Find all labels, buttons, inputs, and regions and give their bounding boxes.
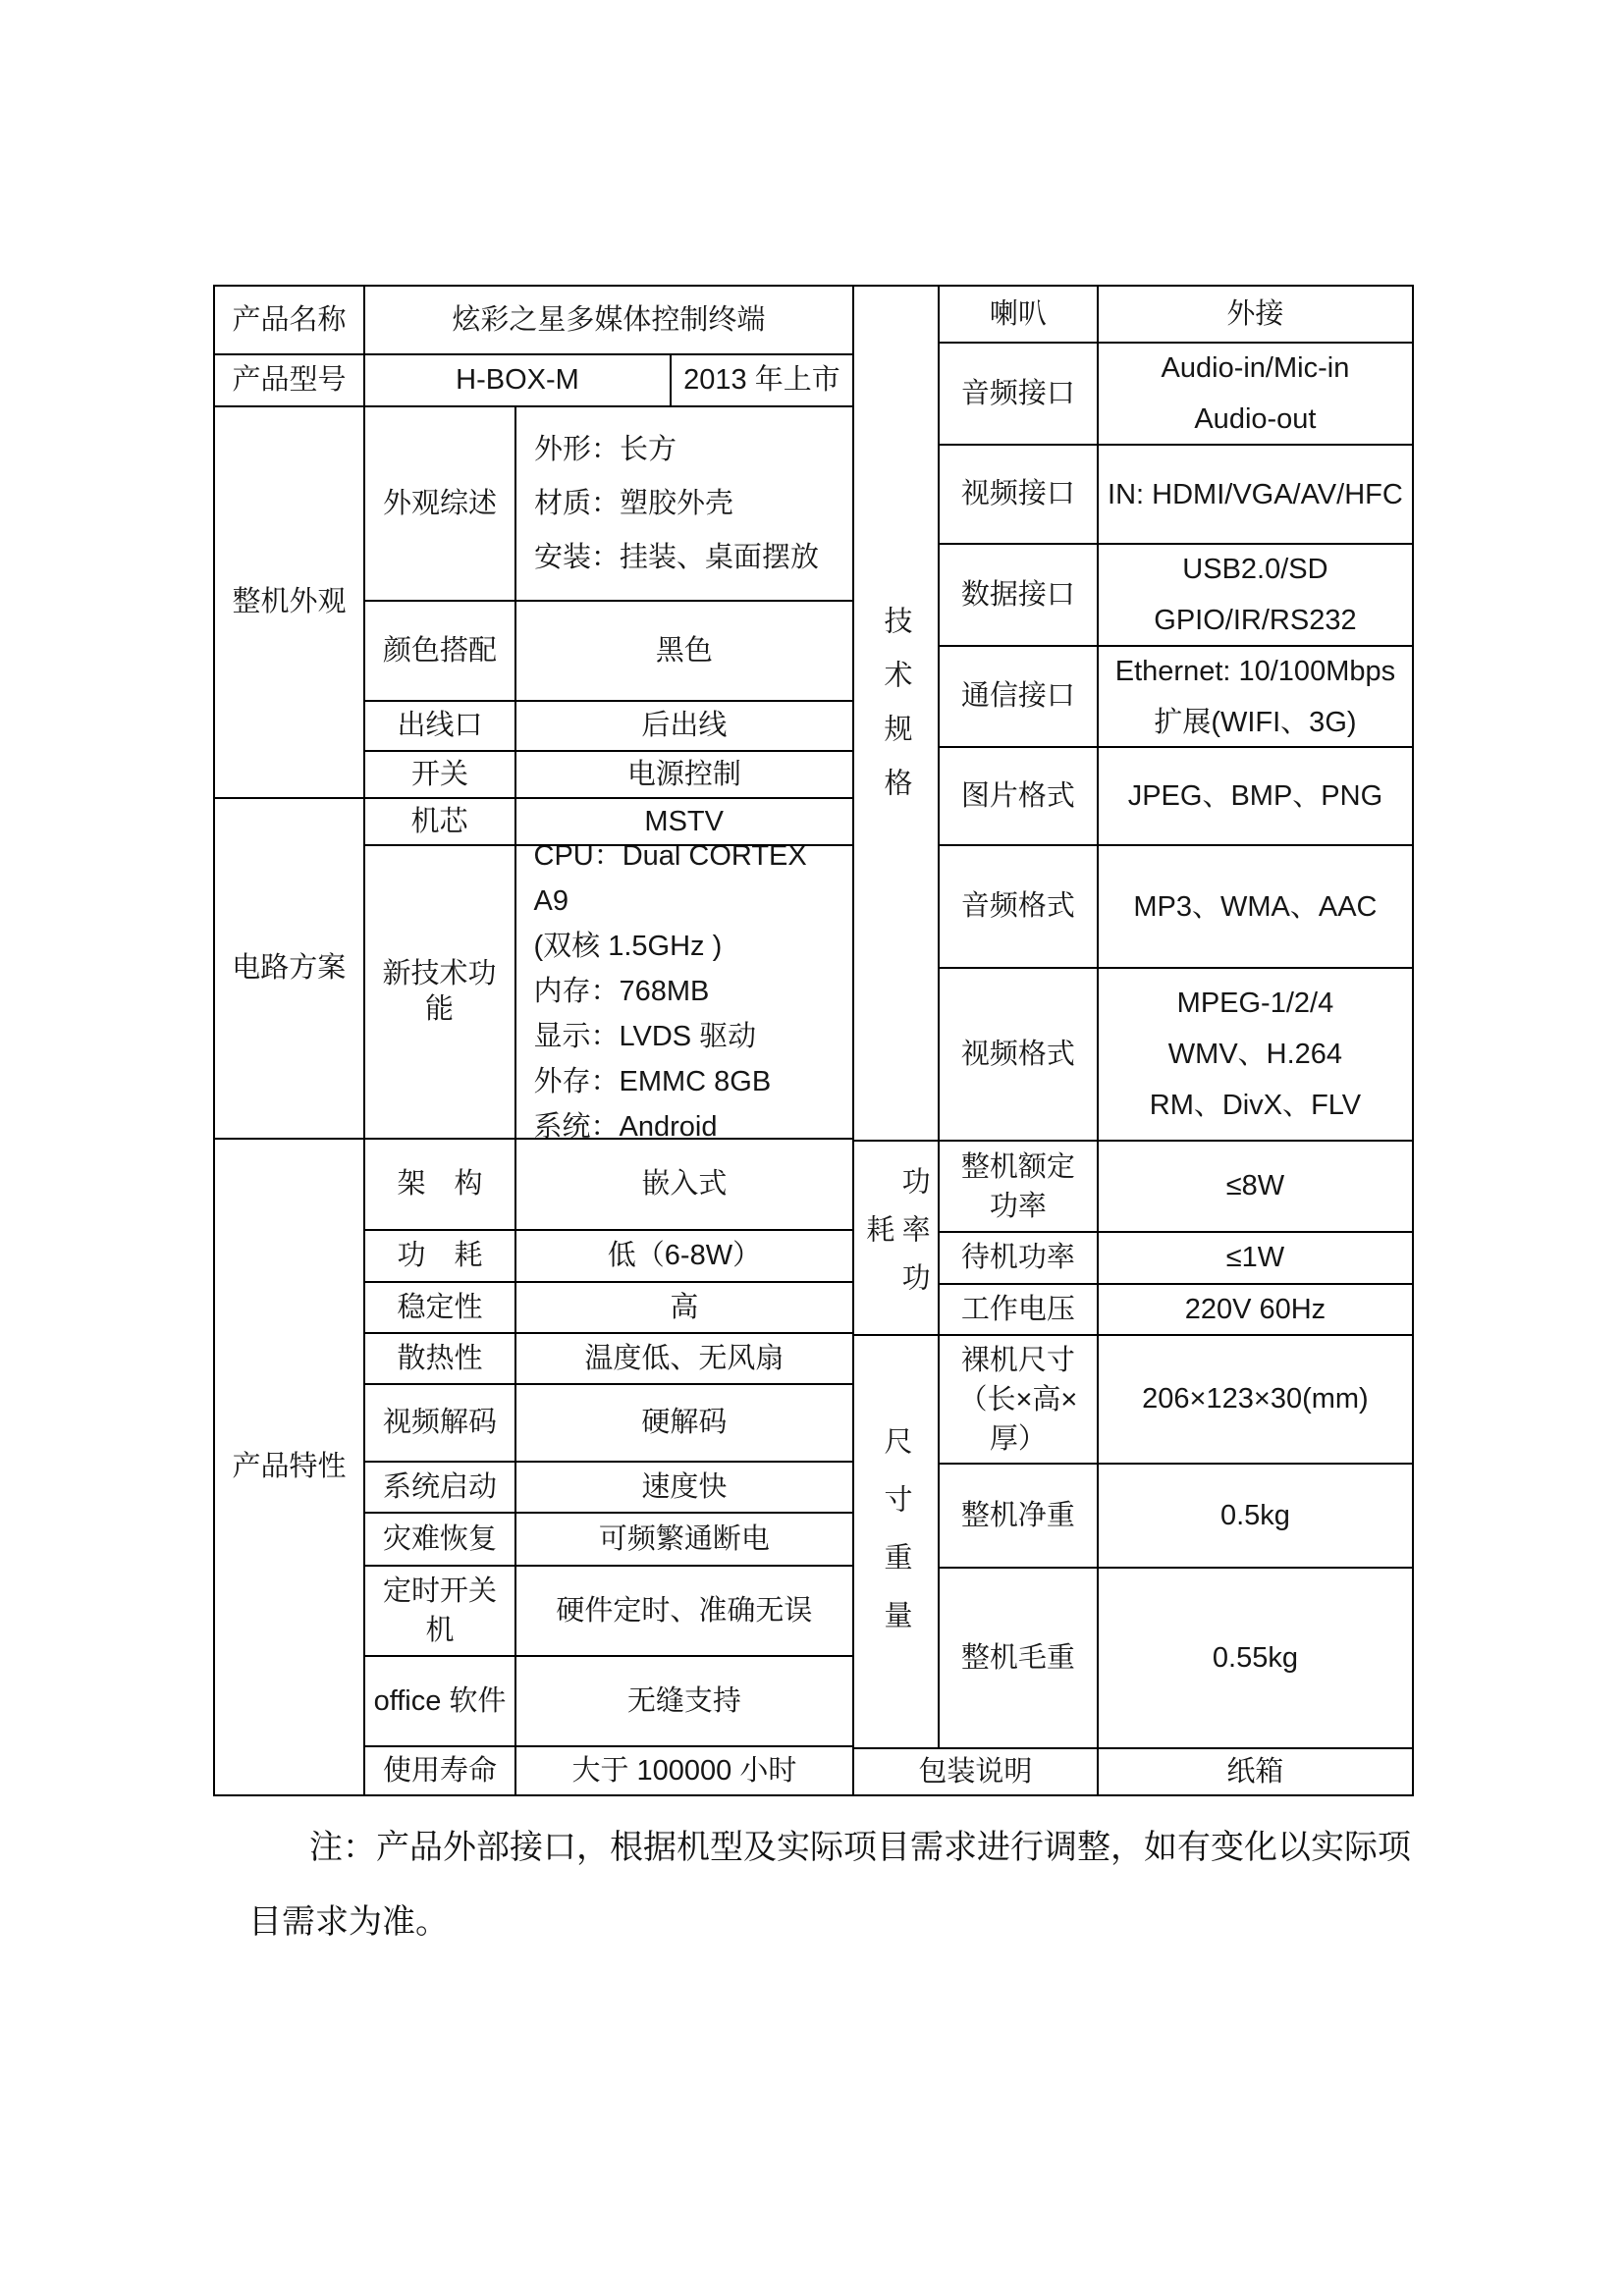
spec-value-lines: Audio-in/Mic-inAudio-out	[1162, 344, 1350, 444]
feature-label: 稳定性	[365, 1283, 516, 1332]
appearance-summary-lines: 外形：长方材质：塑胶外壳安装：挂装、桌面摆放	[534, 423, 819, 585]
section-tech-specs: 技术规格 喇叭 外接 音频接口 Audio-in/Mic-inAudio-out…	[854, 287, 1412, 1142]
product-model-label: 产品型号	[215, 355, 365, 405]
section-features: 产品特性 架 构 嵌入式 功 耗 低（6-8W） 稳定性 高 散热性 温度低、无…	[215, 1140, 852, 1794]
product-model-row: 产品型号 H-BOX-M 2013 年上市	[215, 355, 852, 407]
power-vertical-title: 功率功耗	[860, 1144, 932, 1332]
power-row: 整机额定功率 ≤8W	[940, 1142, 1412, 1233]
section-dimensions-title: 尺寸重量	[854, 1336, 940, 1747]
packaging-row: 包装说明 纸箱	[854, 1749, 1412, 1794]
feature-value: 速度快	[516, 1463, 852, 1512]
power-label: 待机功率	[940, 1233, 1099, 1283]
section-power-title: 功率功耗	[854, 1142, 940, 1334]
dimension-label: 整机净重	[940, 1465, 1099, 1567]
appearance-color-row: 颜色搭配 黑色	[365, 602, 852, 702]
circuit-tech-row: 新技术功能 CPU：Dual CORTEX A9(双核 1.5GHz )内存：7…	[365, 846, 852, 1138]
dimension-label: 裸机尺寸（长×高×厚）	[940, 1336, 1099, 1463]
section-features-title: 产品特性	[215, 1140, 365, 1794]
feature-row: 功 耗 低（6-8W）	[365, 1231, 852, 1283]
appearance-summary-row: 外观综述 外形：长方材质：塑胶外壳安装：挂装、桌面摆放	[365, 407, 852, 602]
spec-label: 音频格式	[940, 846, 1099, 967]
feature-label: 散热性	[365, 1334, 516, 1383]
dimension-label: 整机毛重	[940, 1569, 1099, 1747]
spec-row: 视频格式 MPEG-1/2/4WMV、H.264RM、DivX、FLV	[940, 969, 1412, 1140]
feature-row: 灾难恢复 可频繁通断电	[365, 1514, 852, 1567]
feature-row: 稳定性 高	[365, 1283, 852, 1334]
power-row: 待机功率 ≤1W	[940, 1233, 1412, 1285]
section-features-rows: 架 构 嵌入式 功 耗 低（6-8W） 稳定性 高 散热性 温度低、无风扇 视频…	[365, 1140, 852, 1794]
spec-row: 音频接口 Audio-in/Mic-inAudio-out	[940, 344, 1412, 446]
feature-row: 视频解码 硬解码	[365, 1385, 852, 1463]
dimension-value: 0.5kg	[1099, 1465, 1412, 1567]
product-name-value: 炫彩之星多媒体控制终端	[365, 287, 852, 353]
product-name-label: 产品名称	[215, 287, 365, 353]
appearance-outlet-label: 出线口	[365, 702, 516, 750]
feature-row: 定时开关机 硬件定时、准确无误	[365, 1567, 852, 1657]
power-value: ≤1W	[1099, 1233, 1412, 1283]
spec-row: 通信接口 Ethernet: 10/100Mbps扩展(WIFI、3G)	[940, 647, 1412, 748]
feature-row: 散热性 温度低、无风扇	[365, 1334, 852, 1385]
feature-label: 架 构	[365, 1140, 516, 1229]
spec-value-lines: MP3、WMA、AAC	[1133, 881, 1377, 933]
footnote: 注：产品外部接口，根据机型及实际项目需求进行调整，如有变化以实际项 目需求为准。	[248, 1810, 1427, 1959]
product-model-value: H-BOX-M	[365, 355, 672, 405]
spec-value-lines: IN: HDMI/VGA/AV/HFC	[1108, 469, 1403, 520]
spec-value: MP3、WMA、AAC	[1099, 846, 1412, 967]
power-label-lines: 工作电压	[961, 1292, 1075, 1327]
spec-label: 通信接口	[940, 647, 1099, 746]
feature-value: 温度低、无风扇	[516, 1334, 852, 1383]
circuit-tech-value: CPU：Dual CORTEX A9(双核 1.5GHz )内存：768MB显示…	[516, 846, 852, 1138]
spec-value-lines: MPEG-1/2/4WMV、H.264RM、DivX、FLV	[1150, 978, 1361, 1131]
power-label-lines: 待机功率	[961, 1240, 1075, 1275]
spec-value: JPEG、BMP、PNG	[1099, 748, 1412, 844]
spec-value-lines: USB2.0/SDGPIO/IR/RS232	[1154, 545, 1356, 645]
power-value: ≤8W	[1099, 1142, 1412, 1231]
feature-value: 高	[516, 1283, 852, 1332]
dimension-value: 0.55kg	[1099, 1569, 1412, 1747]
dimension-row: 整机净重 0.5kg	[940, 1465, 1412, 1569]
feature-label: 使用寿命	[365, 1747, 516, 1794]
feature-row: 系统启动 速度快	[365, 1463, 852, 1514]
table-left-half: 产品名称 炫彩之星多媒体控制终端 产品型号 H-BOX-M 2013 年上市 整…	[215, 287, 854, 1794]
feature-label: 系统启动	[365, 1463, 516, 1512]
section-circuit-rows: 机芯 MSTV 新技术功能 CPU：Dual CORTEX A9(双核 1.5G…	[365, 799, 852, 1138]
spec-value: IN: HDMI/VGA/AV/HFC	[1099, 446, 1412, 543]
spec-value-lines: JPEG、BMP、PNG	[1128, 771, 1382, 822]
spec-value: 外接	[1099, 287, 1412, 342]
feature-value: 硬件定时、准确无误	[516, 1567, 852, 1655]
spec-label: 喇叭	[940, 287, 1099, 342]
section-power: 功率功耗 整机额定功率 ≤8W 待机功率 ≤1W 工作电压 220V 60Hz	[854, 1142, 1412, 1336]
spec-label: 图片格式	[940, 748, 1099, 844]
feature-value: 低（6-8W）	[516, 1231, 852, 1281]
spec-value: Ethernet: 10/100Mbps扩展(WIFI、3G)	[1099, 647, 1412, 746]
spec-label: 视频格式	[940, 969, 1099, 1140]
packaging-value: 纸箱	[1099, 1749, 1412, 1794]
appearance-switch-label: 开关	[365, 752, 516, 797]
spec-value: USB2.0/SDGPIO/IR/RS232	[1099, 545, 1412, 645]
tech-specs-rows: 喇叭 外接 音频接口 Audio-in/Mic-inAudio-out 视频接口…	[940, 287, 1412, 1140]
power-label-lines: 整机额定功率	[961, 1148, 1075, 1226]
feature-row: 架 构 嵌入式	[365, 1140, 852, 1231]
power-row: 工作电压 220V 60Hz	[940, 1285, 1412, 1334]
section-appearance-rows: 外观综述 外形：长方材质：塑胶外壳安装：挂装、桌面摆放 颜色搭配 黑色 出线口 …	[365, 407, 852, 797]
circuit-core-label: 机芯	[365, 799, 516, 844]
dimensions-rows: 裸机尺寸（长×高×厚） 206×123×30(mm) 整机净重 0.5kg 整机…	[940, 1336, 1412, 1747]
feature-row: office 软件 无缝支持	[365, 1657, 852, 1747]
feature-label: 视频解码	[365, 1385, 516, 1461]
product-name-row: 产品名称 炫彩之星多媒体控制终端	[215, 287, 852, 355]
spec-label: 音频接口	[940, 344, 1099, 444]
spec-row: 数据接口 USB2.0/SDGPIO/IR/RS232	[940, 545, 1412, 647]
appearance-color-value: 黑色	[516, 602, 852, 700]
dimension-row: 整机毛重 0.55kg	[940, 1569, 1412, 1747]
spec-value-lines: Ethernet: 10/100Mbps扩展(WIFI、3G)	[1115, 647, 1395, 746]
section-circuit: 电路方案 机芯 MSTV 新技术功能 CPU：Dual CORTEX A9(双核…	[215, 799, 852, 1140]
footnote-line-2: 目需求为准。	[248, 1885, 1427, 1959]
appearance-color-label: 颜色搭配	[365, 602, 516, 700]
appearance-switch-row: 开关 电源控制	[365, 752, 852, 797]
dimension-label-lines: 整机净重	[961, 1498, 1075, 1533]
power-value: 220V 60Hz	[1099, 1285, 1412, 1334]
feature-label: office 软件	[365, 1657, 516, 1745]
circuit-tech-lines: CPU：Dual CORTEX A9(双核 1.5GHz )内存：768MB显示…	[534, 846, 846, 1138]
spec-value-lines: 外接	[1226, 289, 1283, 340]
appearance-summary-value: 外形：长方材质：塑胶外壳安装：挂装、桌面摆放	[516, 407, 852, 600]
section-appearance: 整机外观 外观综述 外形：长方材质：塑胶外壳安装：挂装、桌面摆放 颜色搭配 黑色…	[215, 407, 852, 799]
spec-row: 音频格式 MP3、WMA、AAC	[940, 846, 1412, 969]
appearance-summary-label: 外观综述	[365, 407, 516, 600]
packaging-label: 包装说明	[854, 1749, 1099, 1794]
spec-table: 产品名称 炫彩之星多媒体控制终端 产品型号 H-BOX-M 2013 年上市 整…	[213, 285, 1414, 1796]
power-label: 工作电压	[940, 1285, 1099, 1334]
footnote-line-1: 注：产品外部接口，根据机型及实际项目需求进行调整，如有变化以实际项	[248, 1810, 1427, 1885]
appearance-switch-value: 电源控制	[516, 752, 852, 797]
feature-value: 可频繁通断电	[516, 1514, 852, 1565]
spec-label: 数据接口	[940, 545, 1099, 645]
spec-label: 视频接口	[940, 446, 1099, 543]
section-dimensions: 尺寸重量 裸机尺寸（长×高×厚） 206×123×30(mm) 整机净重 0.5…	[854, 1336, 1412, 1749]
power-rows: 整机额定功率 ≤8W 待机功率 ≤1W 工作电压 220V 60Hz	[940, 1142, 1412, 1334]
feature-label: 定时开关机	[365, 1567, 516, 1655]
dimension-label-lines: 整机毛重	[961, 1640, 1075, 1676]
circuit-core-value: MSTV	[516, 799, 852, 844]
feature-label: 功 耗	[365, 1231, 516, 1281]
appearance-outlet-value: 后出线	[516, 702, 852, 750]
spec-value: MPEG-1/2/4WMV、H.264RM、DivX、FLV	[1099, 969, 1412, 1140]
dimension-value: 206×123×30(mm)	[1099, 1336, 1412, 1463]
appearance-outlet-row: 出线口 后出线	[365, 702, 852, 752]
dimension-label-lines: 裸机尺寸（长×高×厚）	[958, 1341, 1077, 1459]
feature-label: 灾难恢复	[365, 1514, 516, 1565]
feature-value: 大于 100000 小时	[516, 1747, 852, 1794]
circuit-tech-label: 新技术功能	[365, 846, 516, 1138]
tech-specs-vertical-title: 技术规格	[878, 606, 913, 822]
table-right-half: 技术规格 喇叭 外接 音频接口 Audio-in/Mic-inAudio-out…	[854, 287, 1412, 1794]
page: { "title_rows": { "name_label": "产品名称", …	[0, 0, 1624, 2296]
spec-row: 视频接口 IN: HDMI/VGA/AV/HFC	[940, 446, 1412, 545]
section-circuit-title: 电路方案	[215, 799, 365, 1138]
dimension-row: 裸机尺寸（长×高×厚） 206×123×30(mm)	[940, 1336, 1412, 1465]
circuit-core-row: 机芯 MSTV	[365, 799, 852, 846]
dimensions-vertical-title: 尺寸重量	[878, 1426, 913, 1658]
section-appearance-title: 整机外观	[215, 407, 365, 797]
spec-value: Audio-in/Mic-inAudio-out	[1099, 344, 1412, 444]
feature-value: 硬解码	[516, 1385, 852, 1461]
feature-value: 嵌入式	[516, 1140, 852, 1229]
spec-row: 喇叭 外接	[940, 287, 1412, 344]
spec-row: 图片格式 JPEG、BMP、PNG	[940, 748, 1412, 846]
feature-row: 使用寿命 大于 100000 小时	[365, 1747, 852, 1794]
section-tech-specs-title: 技术规格	[854, 287, 940, 1140]
power-label: 整机额定功率	[940, 1142, 1099, 1231]
product-model-year: 2013 年上市	[672, 355, 852, 405]
feature-value: 无缝支持	[516, 1657, 852, 1745]
